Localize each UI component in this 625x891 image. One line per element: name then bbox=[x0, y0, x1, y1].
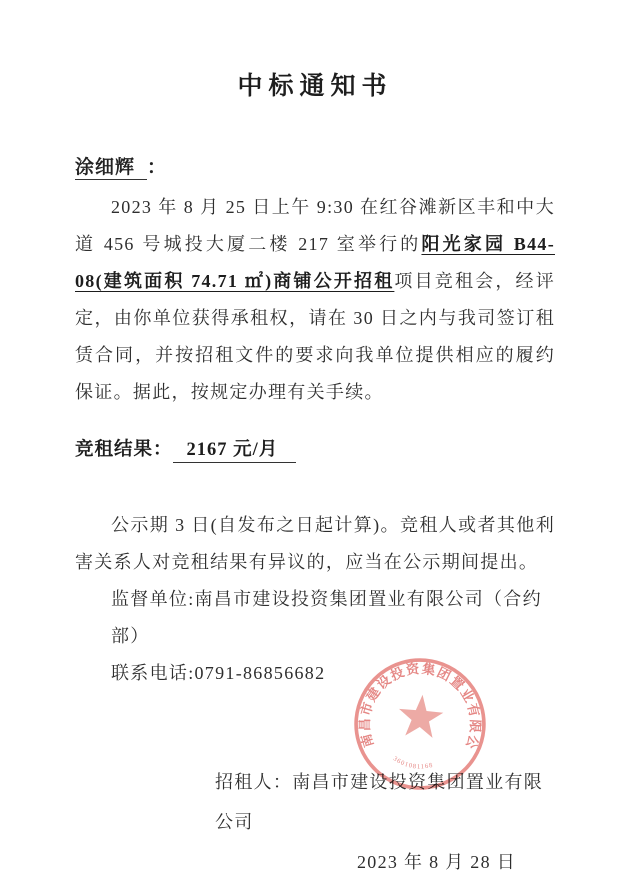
page-title: 中标通知书 bbox=[75, 66, 555, 102]
addressee-name: 涂细辉 bbox=[75, 157, 147, 180]
body-paragraph: 2023 年 8 月 25 日上午 9:30 在红谷滩新区丰和中大道 456 号… bbox=[75, 189, 555, 411]
addressee-colon: ： bbox=[147, 157, 167, 178]
supervisor-line: 监督单位:南昌市建设投资集团置业有限公司（合约部） bbox=[75, 581, 555, 655]
rent-result-value: 2167 元/月 bbox=[173, 440, 297, 463]
addressee-line: 涂细辉： bbox=[75, 152, 555, 179]
rent-result-line: 竞租结果：2167 元/月 bbox=[75, 435, 555, 461]
lessor-label: 招租人： bbox=[215, 772, 292, 792]
signature-block: 招租人：南昌市建设投资集团置业有限公司 2023 年 8 月 28 日 bbox=[75, 762, 555, 882]
publicity-paragraph: 公示期 3 日(自发布之日起计算)。竞租人或者其他利害关系人对竞租结果有异议的，… bbox=[75, 507, 555, 581]
notice-document: 中标通知书 涂细辉： 2023 年 8 月 25 日上午 9:30 在红谷滩新区… bbox=[0, 0, 625, 891]
phone-line: 联系电话:0791-86856682 bbox=[75, 655, 555, 692]
rent-result-label: 竞租结果： bbox=[75, 440, 173, 460]
date-line: 2023 年 8 月 28 日 bbox=[75, 842, 555, 882]
lessor-line: 招租人：南昌市建设投资集团置业有限公司 bbox=[75, 762, 555, 842]
